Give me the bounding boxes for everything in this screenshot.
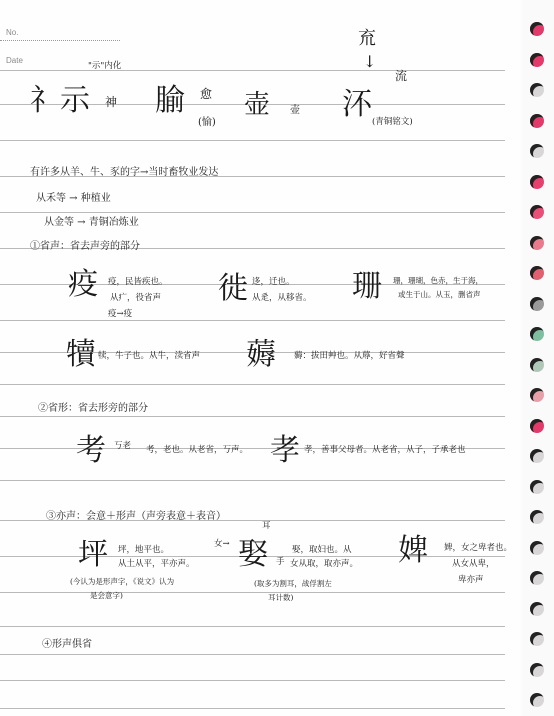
ruled-line [0,70,505,71]
note-text: (取多为割耳，战俘割左 [254,580,332,588]
gloss-text: 从土从平，平亦声。 [118,560,195,569]
seal-bi: 婢 [398,536,428,566]
note-text: 是会意字) [90,592,123,600]
binder-hole [530,327,544,341]
gloss-text: 疫，民皆疾也。 [108,278,168,287]
binder-hole [530,236,544,250]
binder-hole [530,22,544,36]
gloss-text: 薅：拔田艸也。从蓐，好省聲 [294,352,405,361]
binder-hole [530,510,544,524]
gloss-text: 从疒，役省声 [110,294,161,303]
heading-sheng: ①省声：省去声旁的部分 [30,242,140,252]
seal-yu: 腧 [155,86,185,116]
ruled-line [0,708,505,709]
binder-hole [530,83,544,97]
ruled-line [0,654,505,655]
binder-hole [530,53,544,67]
binder-hole [530,205,544,219]
gloss-text: 坪，地平也。 [118,546,169,555]
binder-hole [530,297,544,311]
seal-du: 犢 [66,340,96,370]
notebook-page: No. Date "示"内化 礻示 神 腧 愈 (愉) 壶 壶 㐬 ↓ 流 㳅 … [0,0,520,716]
seal-hao: 薅 [246,340,276,370]
ruled-line [0,384,505,385]
gloss-text: 珊，珊瑚，色赤，生于海， [393,277,483,285]
note-text: (今认为是形声字，《说文》认为 [70,578,174,586]
date-label: Date [6,56,23,65]
seal-xi: 徙 [218,274,248,304]
gloss-text: 犊，牛子也。从牛，渎省声 [98,352,200,361]
no-underline [0,40,120,41]
annotation-shi: "示"内化 [88,62,121,71]
binder-hole [530,632,544,646]
binder-hole [530,663,544,677]
seal-xiao: 孝 [270,436,300,466]
binder-hole [530,449,544,463]
char-shen: 神 [105,96,117,108]
liu-note: (青铜铭文) [372,118,413,127]
heading-yisheng: ③亦声：会意＋形声（声旁表意＋表音） [46,512,226,522]
line-2: 从禾等 → 种植业 [36,194,111,204]
gloss-text: 或生于山。从玉，删省声 [398,291,481,299]
ruled-line [0,480,505,481]
seal-shen: 礻示 [30,86,90,116]
seal-kao: 考 [76,436,106,466]
binder-hole [530,175,544,189]
ruled-line [0,140,505,141]
ruled-line [0,212,505,213]
ruled-line [0,320,505,321]
seal-yi: 疫 [68,270,98,300]
seal-ping: 坪 [78,540,108,570]
binder-hole [530,571,544,585]
ruled-line [0,680,505,681]
binder-hole [530,419,544,433]
gloss-text: 孝，善事父母者。从老省，从子，子承老也 [304,446,466,455]
char-yu-paren: (愉) [198,118,216,128]
label-shou: 手 [276,558,285,567]
char-liu-top: 㐬 [358,30,376,48]
gloss-text: 迻，迁也。 [252,278,295,287]
ruled-line [0,626,505,627]
binder-hole [530,602,544,616]
heading-final: ④形声俱省 [42,640,92,650]
ruled-line [0,416,505,417]
char-hu: 壶 [290,106,300,116]
note-text: 耳计数) [268,594,293,602]
gloss-text: 从女从卑， [452,560,495,569]
binder-hole [530,541,544,555]
binder-hole [530,388,544,402]
gloss-text: 从辵，从移省。 [252,294,312,303]
arrow-down-icon: ↓ [363,54,376,70]
seal-liu: 㳅 [342,90,372,120]
heading-xing: ②省形：省去形旁的部分 [38,404,148,414]
no-label: No. [6,28,18,37]
ruled-line [0,592,505,593]
label-nu: 女→ [214,540,230,549]
binder-hole [530,693,544,707]
binder-hole [530,266,544,280]
gloss-text: 考，老也。从老省，丂声。 [146,446,248,455]
gloss-text: 卑亦声 [458,576,484,585]
seal-qu: 娶 [238,540,268,570]
line-3: 从金等 → 青铜冶炼业 [44,218,139,228]
gloss-text: 婢，女之卑者也。 [444,544,512,553]
char-liu: 流 [395,70,407,82]
gloss-text: 娶，取妇也。从 [292,546,352,555]
seal-hu: 壶 [244,92,270,118]
line-1: 有许多从羊、牛、豕的字→当时畜牧业发达 [30,168,218,178]
binder-hole [530,480,544,494]
binder-hole [530,114,544,128]
small-note: 丂老 [114,442,131,451]
binder-hole [530,144,544,158]
seal-shan: 珊 [352,272,382,302]
binder-hole [530,358,544,372]
gloss-text: 疫→疫 [108,310,132,319]
label-er: 耳 [262,522,271,531]
gloss-text: 女从取，取亦声。 [290,560,358,569]
char-yu: 愈 [200,88,212,100]
